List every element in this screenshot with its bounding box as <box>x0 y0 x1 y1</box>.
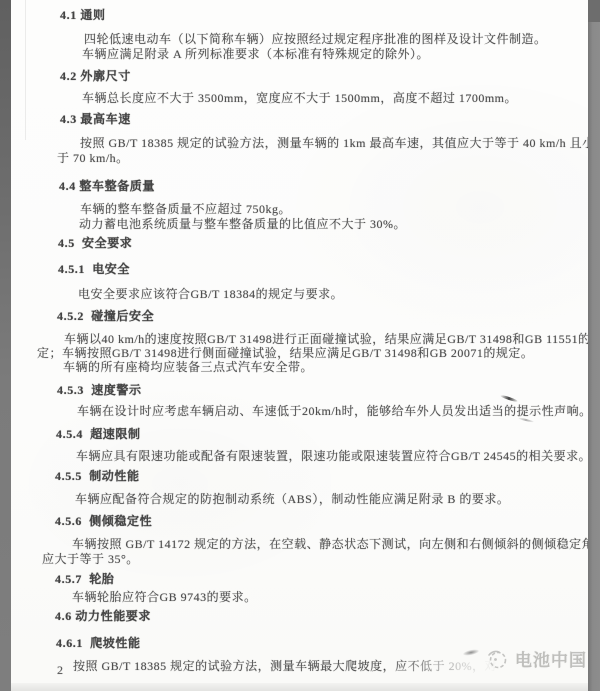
body-line: 动力蓄电池系统质量与整车整备质量的比值应不大于 30%。 <box>79 215 406 232</box>
body-line: 车辆应具有限速功能或配备有限速装置，限速功能或限速装置应符合GB/T 24545… <box>76 447 591 464</box>
body-line: 车辆应满足附录 A 所列标准要求（本标准有特殊规定的除外）。 <box>82 45 429 62</box>
body-line: 电安全要求应该符合GB/T 18384的规定与要求。 <box>78 285 343 302</box>
section-heading-4-6-1: 4.6.1 爬坡性能 <box>56 634 141 651</box>
section-heading-4-1: 4.1 通则 <box>60 6 106 23</box>
page-fold-line <box>25 0 26 140</box>
body-line: 车辆总长度应不大于 3500mm，宽度应不大于 1500mm，高度不超过 170… <box>82 89 517 106</box>
page-number: 2 <box>57 663 63 678</box>
battery-china-logo-icon <box>486 647 508 671</box>
section-heading-4-5-2: 4.5.2 碰撞后安全 <box>57 307 154 324</box>
body-line: 应大于等于 35°。 <box>42 550 139 567</box>
section-heading-4-6: 4.6 动力性能要求 <box>55 607 151 624</box>
section-heading-4-5: 4.5 安全要求 <box>58 234 132 251</box>
body-line: 于 70 km/h。 <box>57 149 129 166</box>
watermark: 电池中国 <box>486 646 587 671</box>
section-heading-4-2: 4.2 外廓尺寸 <box>60 67 131 84</box>
scan-edge-bottom <box>11 683 588 691</box>
body-line: 按照 GB/T 18385 规定的试验方法，测量车辆最大爬坡度，应不低于 20%… <box>73 657 513 674</box>
ink-smudge <box>463 648 480 656</box>
body-line: 车辆在设计时应考虑车辆启动、车速低于20km/h时，能够给车外人员发出适当的提示… <box>77 402 592 419</box>
body-line: 车辆按照 GB/T 14172 规定的方法，在空载、静态状态下测试，向左侧和右侧… <box>72 535 600 552</box>
section-heading-4-4: 4.4 整车整备质量 <box>59 177 155 194</box>
body-line: 按照 GB/T 18385 规定的试验方法，测量车辆的 1km 最高车速，其值应… <box>80 134 600 151</box>
section-heading-4-5-4: 4.5.4 超速限制 <box>56 425 141 442</box>
scanned-document-page: 4.1 通则 四轮低速电动车（以下简称车辆）应按照经过规定程序批准的图样及设计文… <box>0 0 600 691</box>
body-line: 车辆的所有座椅均应装备三点式汽车安全带。 <box>63 358 313 375</box>
section-heading-4-5-1: 4.5.1 电安全 <box>58 260 130 277</box>
section-heading-4-3: 4.3 最高车速 <box>60 110 131 127</box>
section-heading-4-5-7: 4.5.7 轮胎 <box>55 570 114 587</box>
section-heading-4-5-3: 4.5.3 速度警示 <box>57 381 142 398</box>
body-line: 车辆轮胎应符合GB 9743的要求。 <box>72 588 257 605</box>
scan-edge-left <box>0 0 11 691</box>
section-heading-4-5-6: 4.5.6 侧倾稳定性 <box>55 512 152 529</box>
scan-edge-right <box>588 0 600 691</box>
body-line: 车辆应配备符合规定的防抱制动系统（ABS），制动性能应满足附录 B 的要求。 <box>75 490 509 507</box>
section-heading-4-5-5: 4.5.5 制动性能 <box>55 467 140 484</box>
watermark-text: 电池中国 <box>515 646 587 671</box>
scan-edge-corner <box>588 0 600 22</box>
